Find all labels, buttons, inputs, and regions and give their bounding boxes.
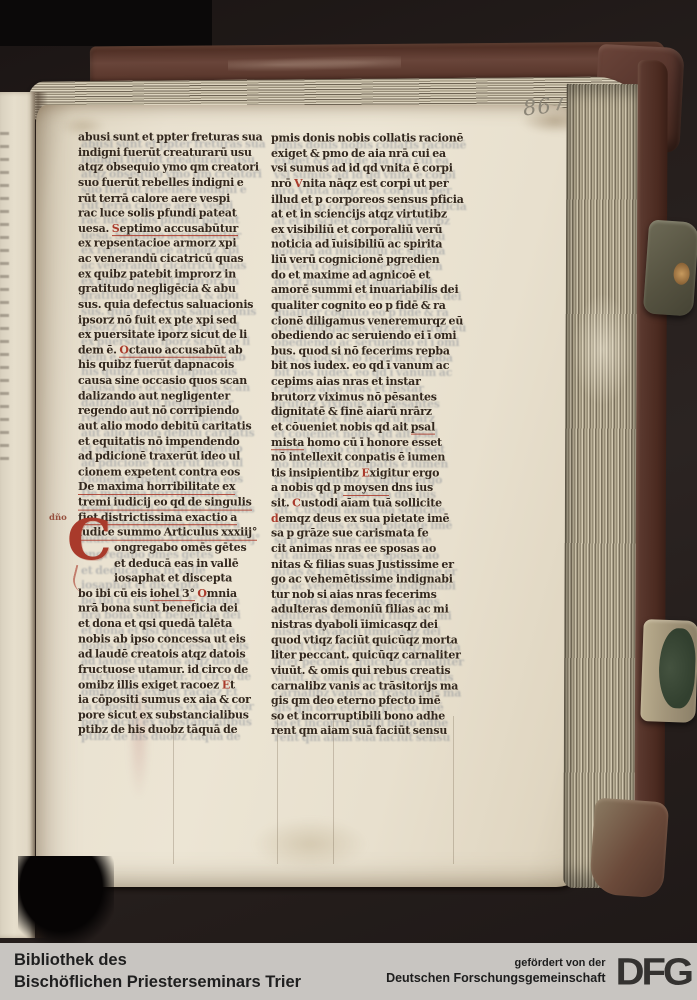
manuscript-line: ia cōpositi sumus ex aia & cor — [78, 693, 256, 708]
manuscript-line: iosaphat et discepta — [78, 571, 256, 586]
manuscript-line: qualiter cognito eo p fidē & ra — [271, 298, 465, 313]
manuscript-line: omibz illis exiget racoez Et — [78, 678, 256, 693]
manuscript-line: his quibz fuerūt dapnacois — [78, 358, 256, 373]
text-column-left: abusi sunt et ppter freturas suaindigni … — [78, 130, 256, 738]
dfg-logo: DFG — [616, 953, 691, 991]
library-name-line2: Bischöflichen Priesterseminars Trier — [14, 972, 301, 993]
funding-block: gefördert von der Deutschen Forschungsge… — [386, 952, 691, 992]
manuscript-line: nrō Vnita nāqz est corpi ut per — [271, 177, 465, 192]
margin-note: dño — [49, 513, 67, 523]
manuscript-line: fructuose utamur. id circo de — [78, 662, 256, 677]
page-bottom-shadow — [18, 856, 114, 944]
manuscript-line: carnalibz vanis ac trāsitorijs ma — [271, 679, 465, 694]
manuscript-line: sit. Custodi aīam tuā sollicite — [271, 496, 465, 511]
manuscript-line: mista homo cū ī honore esset — [271, 435, 465, 450]
manuscript-line: nobis ab ipso concessa ut eis — [78, 632, 256, 647]
manuscript-line: gratitudo negligēcia & abu — [78, 282, 256, 297]
manuscript-line: ex quibz patebit improrz in — [78, 267, 256, 282]
manuscript-line: aut alio modo debitū caritatis — [78, 419, 256, 434]
manuscript-line: nō intellexit conpatis ē iumen — [271, 450, 465, 465]
library-name-line1: Bibliothek des — [14, 950, 301, 971]
manuscript-line: cionē diligamus veneremurqz eū — [271, 314, 465, 329]
manuscript-line: rūt terrā calore aere vespi — [78, 191, 256, 206]
manuscript-line: regendo aut nō corripiendo — [78, 404, 256, 419]
manuscript-line: quod vtiqz faciūt quicūqz morta — [271, 633, 465, 648]
manuscript-line: noticia ad īuisibiliū ac spirita — [271, 237, 465, 252]
manuscript-line: go ac vehemētissime indignabi — [271, 572, 465, 587]
manuscript-line: viuūt. & omis qui rebus creatis — [271, 663, 465, 678]
manuscript-line: illud et p corporeos sensus pficia — [271, 192, 465, 207]
manuscript-line: sus. quia defectus saluacionis — [78, 297, 256, 312]
manuscript-line: cit animas nras ee sposas ao — [271, 542, 465, 557]
folio-number: 86 — [522, 94, 553, 121]
manuscript-line: do et maxime ad agnicoē et — [271, 268, 465, 283]
manuscript-line: cionem expetent contra eos — [78, 465, 256, 480]
manuscript-line: adulteras demoniū filias ac mi — [271, 603, 465, 618]
manuscript-line: a nobis qd p moysen dns ius — [271, 481, 465, 496]
manuscript-line: gis qm deo eterno pfecto imē — [271, 694, 465, 709]
manuscript-line: rent qm aiam suā faciūt sensu — [271, 724, 465, 739]
footer-banner: Bibliothek des Bischöflichen Priestersem… — [0, 943, 697, 1000]
manuscript-line: ipsorz nō fuit ex pte xpi sed — [78, 313, 256, 328]
book-clasp-upper — [643, 219, 697, 316]
manuscript-line: et cōueniet nobis qd ait psal — [271, 420, 465, 435]
manuscript-line: liū verū cognicionē pgredien — [271, 253, 465, 268]
manuscript-line: at et in sciencijs atqz virtutibz — [271, 207, 465, 222]
clasp-pin — [673, 263, 690, 286]
manuscript-line: uesa. Septimo accusabūtur — [78, 221, 256, 236]
digitized-manuscript-photo: 86 abusi sunt et ppter freturas suaindig… — [0, 0, 697, 1000]
manuscript-line: bo ibi cū eis iohel 3° Omnia — [78, 586, 256, 601]
manuscript-line: ptibz de his duobz tāquā de — [78, 723, 256, 738]
manuscript-line: vsi sumus ad id qd vnita ē corpi — [271, 161, 465, 176]
manuscript-line: indigni fuerūt creaturarū usu — [78, 145, 256, 160]
book-corner-bottom-right — [589, 798, 670, 899]
book-fore-edge-pages — [563, 84, 641, 888]
manuscript-line: rac luce solis pfundi pateat — [78, 206, 256, 221]
manuscript-line: brutorz viximus nō pēsantes — [271, 390, 465, 405]
funding-credit-line1: gefördert von der — [386, 957, 606, 971]
manuscript-line: ex repsentacioe armorz xpi — [78, 236, 256, 251]
manuscript-line: bit nos iudex. eo qd ī vanum ac — [271, 359, 465, 374]
manuscript-line: nistras dyaboli īimicasqz dei — [271, 618, 465, 633]
facing-page-text-tips — [0, 132, 9, 462]
manuscript-line: obediendo ac seruiendo ei ī omi — [271, 329, 465, 344]
manuscript-line: pore sicut ex substancialibus — [78, 708, 256, 723]
manuscript-line: exiget & pmo de aia nrā cui ea — [271, 146, 465, 161]
manuscript-line: dignitatē & finē aiarū nrārz — [271, 405, 465, 420]
manuscript-line: tis insipientibz Exigitur ergo — [271, 466, 465, 481]
background-shadow-top-left — [0, 0, 212, 46]
manuscript-line: et dona et qsi quedā talēta — [78, 617, 256, 632]
book-clasp-lower — [640, 619, 697, 723]
manuscript-line: bus. quod si nō fecerims repba — [271, 344, 465, 359]
manuscript-line: nitas & filias suas Justissime er — [271, 557, 465, 572]
manuscript-line: atqz obsequio ymo qm creatori — [78, 160, 256, 175]
funding-credit: gefördert von der Deutschen Forschungsge… — [386, 957, 606, 986]
manuscript-line: ac venerandū cicatricū quas — [78, 252, 256, 267]
manuscript-line: ex puersitate iporz sicut de li — [78, 328, 256, 343]
manuscript-line: nrā bona sunt beneficia dei — [78, 602, 256, 617]
fore-edge-worn-spot — [573, 293, 633, 406]
clasp-plate — [658, 628, 697, 709]
manuscript-line: tur nob si aias nras fecerims — [271, 587, 465, 602]
manuscript-line: ad laudē creatois atqz datois — [78, 647, 256, 662]
manuscript-line: De maxima horribilitate ex — [78, 480, 256, 495]
manuscript-line: et equitatis nō impendendo — [78, 434, 256, 449]
text-column-right: pmis donis nobis collatis racionēexiget … — [271, 131, 465, 739]
manuscript-line: suo fuerūt rebelles indigni e — [78, 176, 256, 191]
manuscript-line: amorē summi et inuariabilis dei — [271, 283, 465, 298]
leather-scuff — [228, 56, 401, 74]
parchment-stain — [252, 818, 368, 870]
manuscript-line: ex visibiliū et corporaliū verū — [271, 222, 465, 237]
manuscript-line: liter peccant. quicūqz carnaliter — [271, 648, 465, 663]
manuscript-line: abusi sunt et ppter freturas sua — [78, 130, 256, 145]
manuscript-line: ad pdicionē traxerūt ideo ul — [78, 449, 256, 464]
manuscript-line: causa sine occasio quos scan — [78, 373, 256, 388]
illuminated-initial: C — [67, 512, 112, 568]
library-name: Bibliothek des Bischöflichen Priestersem… — [14, 950, 301, 993]
funding-credit-line2: Deutschen Forschungsgemeinschaft — [386, 971, 606, 987]
manuscript-line: cepims aias nras et instar — [271, 374, 465, 389]
manuscript-line: demqz deus ex sua pietate imē — [271, 511, 465, 526]
manuscript-line: sa p grāze sue carismata fe — [271, 526, 465, 541]
manuscript-line: so et incorruptibili bono adhe — [271, 709, 465, 724]
manuscript-line: dalizando aut negligenter — [78, 389, 256, 404]
book-right-cover-edge — [634, 60, 668, 888]
manuscript-line: dem ē. Octauo accusabūt ab — [78, 343, 256, 358]
manuscript-line: pmis donis nobis collatis racionē — [271, 131, 465, 146]
